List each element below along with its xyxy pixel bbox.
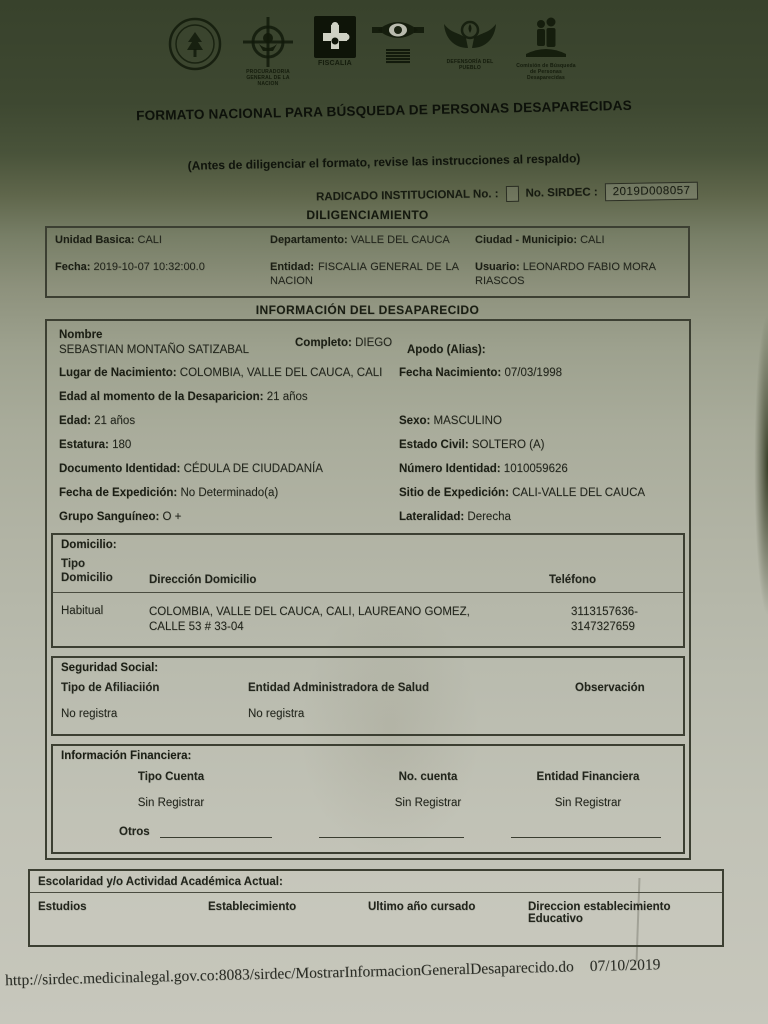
field-label: Edad al momento de la Desaparicion:	[59, 391, 264, 403]
nombre-value: SEBASTIAN MONTAÑO SATIZABAL	[59, 344, 249, 356]
financiera-data-row: Sin Registrar Sin Registrar Sin Registra…	[61, 797, 675, 809]
domicilio-heading: Domicilio:	[61, 539, 675, 551]
col-header-direccion: Dirección Domicilio	[149, 574, 549, 586]
nacimiento-row: Lugar de Nacimiento: COLOMBIA, VALLE DEL…	[47, 367, 689, 379]
seguridad-social-box: Seguridad Social: Tipo de Afiliaciión En…	[51, 656, 685, 736]
winged-emblem-icon	[442, 16, 498, 58]
desaparecido-heading: INFORMACIÓN DEL DESAPARECIDO	[45, 303, 690, 317]
nombre-row: Nombre SEBASTIAN MONTAÑO SATIZABAL Compl…	[47, 326, 689, 358]
documento-numero-row: Documento Identidad: CÉDULA DE CIUDADANÍ…	[47, 463, 689, 475]
fiscalia-puzzle-icon	[314, 16, 356, 58]
escolaridad-box: Escolaridad y/o Actividad Académica Actu…	[28, 869, 724, 947]
procuraduria-crosshair-icon	[242, 16, 294, 68]
direccion-value: COLOMBIA, VALLE DEL CAUCA, CALI, LAUREAN…	[149, 605, 537, 636]
edad-cell: Edad: 21 años	[59, 415, 399, 427]
field-label: Sitio de Expedición:	[399, 487, 509, 499]
nombre-completo-cell: Completo: DIEGO	[295, 328, 407, 358]
field-label: Estado Civil:	[399, 439, 469, 451]
col-header-observacion: Observación	[575, 682, 675, 694]
otros-blank-line-1	[160, 825, 272, 838]
field-value: No Determinado(a)	[180, 487, 278, 499]
seguridad-header-row: Tipo de Afiliaciión Entidad Administrado…	[61, 682, 675, 694]
field-value: SOLTERO (A)	[472, 439, 545, 451]
completo-label: Completo:	[295, 337, 352, 349]
field-label: Fecha de Expedición:	[59, 487, 177, 499]
sirdec-number: 2019D008057	[604, 182, 698, 202]
col-header-telefono: Teléfono	[549, 574, 675, 586]
apodo-label: Apodo (Alias):	[407, 344, 486, 356]
col-header-tipo-domicilio: Tipo Domicilio	[61, 557, 149, 586]
field-label: Número Identidad:	[399, 463, 501, 475]
field-label: Sexo:	[399, 415, 430, 427]
field-value: COLOMBIA, VALLE DEL CAUCA, CALI	[180, 367, 383, 379]
eye-icon	[372, 16, 424, 44]
field-label: Unidad Basica:	[55, 234, 134, 246]
tipo-domicilio-value: Habitual	[61, 605, 149, 636]
informacion-financiera-box: Información Financiera: Tipo Cuenta No. …	[51, 744, 685, 854]
documento-identidad-cell: Documento Identidad: CÉDULA DE CIUDADANÍ…	[59, 463, 399, 475]
fecha-cell: Fecha: 2019-10-07 10:32:00.0	[47, 251, 262, 297]
medicina-legal-logo	[168, 16, 222, 74]
two-figures-icon	[524, 16, 568, 62]
logo-caption: FISCALIA	[318, 60, 352, 68]
tipo-afiliacion-value: No registra	[61, 708, 248, 720]
lateralidad-cell: Lateralidad: Derecha	[399, 511, 677, 523]
das-logo	[372, 16, 424, 64]
comision-busqueda-logo: Comisión de Búsqueda de Personas Desapar…	[516, 16, 576, 81]
field-value: CÉDULA DE CIUDADANÍA	[184, 463, 323, 475]
estatura-estadocivil-row: Estatura: 180 Estado Civil: SOLTERO (A)	[47, 439, 689, 451]
domicilio-header-row: Tipo Domicilio Dirección Domicilio Teléf…	[53, 555, 683, 593]
lugar-nacimiento-cell: Lugar de Nacimiento: COLOMBIA, VALLE DEL…	[59, 367, 399, 379]
estado-civil-cell: Estado Civil: SOLTERO (A)	[399, 439, 677, 451]
nombre-label: Nombre	[59, 329, 102, 341]
col-header-tipo-cuenta: Tipo Cuenta	[106, 771, 236, 783]
document-photo: PROCURADORIA GENERAL DE LA NACION FISCAL…	[0, 0, 768, 1024]
radicado-row: RADICADO INSTITUCIONAL No. : No. SIRDEC …	[315, 182, 698, 207]
col-header-entidad-salud: Entidad Administradora de Salud	[248, 682, 575, 694]
print-date: 07/10/2019	[590, 956, 661, 976]
source-url: http://sirdec.medicinalegal.gov.co:8083/…	[5, 958, 574, 990]
sitio-expedicion-cell: Sitio de Expedición: CALI-VALLE DEL CAUC…	[399, 487, 677, 499]
field-label: Lugar de Nacimiento:	[59, 367, 177, 379]
medicina-legal-seal-icon	[168, 16, 222, 72]
field-value: 21 años	[94, 415, 135, 427]
expedicion-row: Fecha de Expedición: No Determinado(a) S…	[47, 487, 689, 499]
field-label: Fecha:	[55, 261, 90, 273]
logo-caption: Comisión de Búsqueda de Personas Desapar…	[516, 64, 576, 81]
logo-row: PROCURADORIA GENERAL DE LA NACION FISCAL…	[168, 16, 576, 94]
das-caption-block	[386, 49, 410, 64]
fecha-nacimiento-cell: Fecha Nacimiento: 07/03/1998	[399, 367, 677, 379]
field-value: CALI	[138, 234, 162, 246]
col-header-ultimo-ano: Ultimo año cursado	[368, 901, 518, 925]
diligenciamiento-heading: DILIGENCIAMIENTO	[45, 208, 690, 222]
field-label: Lateralidad:	[399, 511, 464, 523]
field-label: Documento Identidad:	[59, 463, 180, 475]
radicado-number-box	[505, 186, 518, 202]
completo-value: DIEGO	[355, 337, 392, 349]
fecha-expedicion-cell: Fecha de Expedición: No Determinado(a)	[59, 487, 399, 499]
numero-identidad-cell: Número Identidad: 1010059626	[399, 463, 677, 475]
field-value: CALI	[580, 234, 604, 246]
col-header-direccion-establecimiento: Direccion establecimiento Educativo	[528, 901, 714, 925]
field-label: Edad:	[59, 415, 91, 427]
diligenciamiento-table: Unidad Basica: CALI Departamento: VALLE …	[45, 226, 690, 298]
entidad-salud-value: No registra	[248, 708, 575, 720]
field-value: Derecha	[467, 511, 510, 523]
field-value: 1010059626	[504, 463, 568, 475]
domicilio-box: Domicilio: Tipo Domicilio Dirección Domi…	[51, 533, 685, 648]
field-label: Fecha Nacimiento:	[399, 367, 501, 379]
edad-desaparicion-row: Edad al momento de la Desaparicion: 21 a…	[47, 391, 689, 403]
field-label: Usuario:	[475, 261, 520, 273]
sirdec-label: No. SIRDEC :	[525, 186, 597, 199]
sangre-lateralidad-row: Grupo Sanguíneo: O + Lateralidad: Derech…	[47, 511, 689, 523]
field-label: Entidad:	[270, 261, 314, 273]
field-label: Estatura:	[59, 439, 109, 451]
procuraduria-logo: PROCURADORIA GENERAL DE LA NACION	[238, 16, 298, 87]
estatura-cell: Estatura: 180	[59, 439, 399, 451]
departamento-cell: Departamento: VALLE DEL CAUCA	[262, 228, 467, 251]
apodo-cell: Apodo (Alias):	[407, 328, 677, 358]
observacion-value	[575, 708, 675, 720]
field-label: Grupo Sanguíneo:	[59, 511, 159, 523]
field-label: Ciudad - Municipio:	[475, 234, 577, 246]
grupo-sanguineo-cell: Grupo Sanguíneo: O +	[59, 511, 399, 523]
col-header-entidad-financiera: Entidad Financiera	[513, 771, 663, 783]
field-value: 07/03/1998	[504, 367, 562, 379]
fiscalia-logo: FISCALIA	[314, 16, 356, 68]
col-header-tipo-afiliacion: Tipo de Afiliaciión	[61, 682, 248, 694]
form-subtitle: (Antes de diligenciar el formato, revise…	[84, 149, 684, 175]
telefono-number: 3113157636-3147327659	[571, 605, 663, 636]
escolaridad-heading: Escolaridad y/o Actividad Académica Actu…	[30, 871, 722, 893]
edad-sexo-row: Edad: 21 años Sexo: MASCULINO	[47, 415, 689, 427]
field-value: VALLE DEL CAUCA	[351, 234, 450, 246]
otros-row: Otros	[61, 825, 675, 840]
entidad-financiera-value: Sin Registrar	[513, 797, 663, 809]
no-cuenta-value: Sin Registrar	[363, 797, 493, 809]
footer-url-row: http://sirdec.medicinalegal.gov.co:8083/…	[5, 954, 763, 991]
nombre-cell: Nombre SEBASTIAN MONTAÑO SATIZABAL	[59, 328, 295, 358]
seguridad-social-heading: Seguridad Social:	[61, 662, 675, 674]
field-label: Departamento:	[270, 234, 348, 246]
entidad-cell: Entidad: FISCALIA GENERAL DE LA NACION	[262, 251, 467, 297]
usuario-cell: Usuario: LEONARDO FABIO MORA RIASCOS	[467, 251, 688, 297]
domicilio-data-row: Habitual COLOMBIA, VALLE DEL CAUCA, CALI…	[61, 593, 675, 636]
field-value: CALI-VALLE DEL CAUCA	[512, 487, 645, 499]
col-header-estudios: Estudios	[38, 901, 188, 925]
col-header-establecimiento: Establecimiento	[208, 901, 353, 925]
radicado-label: RADICADO INSTITUCIONAL No. :	[315, 188, 498, 203]
otros-label: Otros	[119, 826, 150, 838]
tipo-cuenta-value: Sin Registrar	[106, 797, 236, 809]
field-value: 180	[112, 439, 131, 451]
sexo-cell: Sexo: MASCULINO	[399, 415, 677, 427]
unidad-basica-cell: Unidad Basica: CALI	[47, 228, 262, 251]
otros-blank-line-2	[319, 825, 464, 838]
financiera-heading: Información Financiera:	[61, 750, 675, 762]
logo-caption: DEFENSORÍA DEL PUEBLO	[440, 60, 500, 72]
field-value: MASCULINO	[434, 415, 502, 427]
financiera-header-row: Tipo Cuenta No. cuenta Entidad Financier…	[61, 771, 675, 783]
col-header-no-cuenta: No. cuenta	[363, 771, 493, 783]
logo-caption: PROCURADORIA GENERAL DE LA NACION	[238, 70, 298, 87]
field-value: 21 años	[267, 391, 308, 403]
defensoria-logo: DEFENSORÍA DEL PUEBLO	[440, 16, 500, 72]
seguridad-data-row: No registra No registra	[61, 708, 675, 724]
informacion-desaparecido-box: Nombre SEBASTIAN MONTAÑO SATIZABAL Compl…	[45, 319, 691, 860]
field-value: 2019-10-07 10:32:00.0	[94, 261, 205, 273]
paper-edge-shadow	[742, 285, 768, 685]
telefono-value: 3113157636-3147327659	[537, 605, 675, 636]
escolaridad-header-row: Estudios Establecimiento Ultimo año curs…	[30, 893, 722, 945]
field-value: O +	[163, 511, 182, 523]
form-title: FORMATO NACIONAL PARA BÚSQUEDA DE PERSON…	[84, 97, 684, 125]
ciudad-municipio-cell: Ciudad - Municipio: CALI	[467, 228, 688, 251]
otros-blank-line-3	[511, 825, 661, 838]
